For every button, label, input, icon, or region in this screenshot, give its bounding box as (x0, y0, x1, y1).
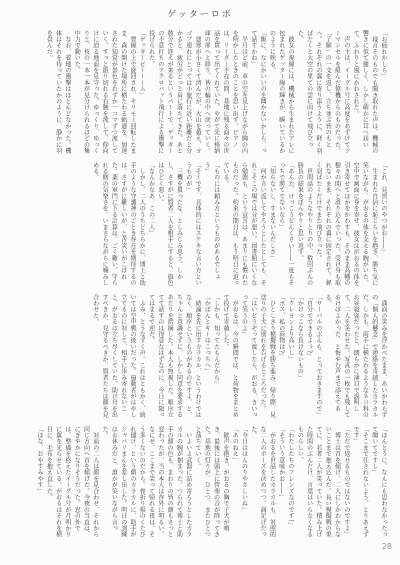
dialogue-line: 「そーです、具体的にはステキな言い方というものが」 (183, 162, 202, 286)
dialogue-line: 「かばんとキーはこっちへ」 (202, 294, 211, 418)
dialogue-line: 「あんた、けっこうどんくさい――一度もそっちで勝ててないなら」 (276, 162, 295, 286)
dialogue-line: 「ゲッタービーーーム」 (137, 30, 146, 154)
dialogue-line: 「そういう意味かお――」 (276, 426, 285, 540)
paragraph: 半月ほど前、車の空を見上げながら胸の内を明かしたときのことを思い出す。ピアノは、… (202, 30, 248, 154)
dialogue-line: 「そこまで任されないよう、とりあえずです」 (351, 426, 370, 540)
dialogue-line: 「なんかなあ、この二人」 (146, 162, 155, 286)
paragraph: 世間話のようなやりとりの中、数回ぶんの勝負の結果をぼんやりと思い返す。 (295, 162, 314, 286)
dialogue-line: 「クレヨンより高いし」 (286, 294, 295, 418)
dialogue-line: 「お疲れかしら」 (379, 30, 388, 154)
paragraph: がおるは、今の瞬間では、と荷物をまとめて投げて寄越した。 (221, 294, 240, 418)
paragraph: ふみ、とうなずく声。これはともかく、続いては空中戦の扱いだった。扇動者がはやし立… (91, 294, 147, 418)
dialogue-line: 「ボス、私の荷物は?」 (276, 294, 285, 418)
running-head-title: ゲッターロボ (0, 7, 400, 20)
paragraph: 何か言い返してやろうとしたとしても、それこそこの場では分が悪い。図書館にいくなら… (221, 162, 267, 286)
paragraph: しかし、二人のうちどちらかに、博士と助手のような守護神のごとき存在を期待するのは… (91, 162, 147, 286)
paragraph: 博士は首を傾げ、二人にしかわからないことまで抱え込んだ。長い模擬戦の果てに、若者… (295, 426, 341, 540)
text-band-2: 「これ、見習いのやつがお――」 生まれた自信に恥じらいを抱き、勝ち気に笑いながら… (32, 162, 388, 286)
text-band-3: 満面の笑みを浮かべたまま、あいかわらずの「個人的懸念」で連絡を寄越したカラカルだ… (32, 294, 388, 418)
paragraph: ひとしきり模擬戦を勝ち進み、帰り際、見送りの子犬に別れを告げるところだった。 (258, 294, 277, 418)
paragraph: がおるを世話したカラカルも、対照的な二人のポーズを決めつつ、満足げだった。 (249, 426, 277, 540)
paragraph: 結論を先に出すカラカル、というわけではなく、順序というものがあるのですよ、と、ち… (146, 294, 202, 418)
dialogue-line: 「飯に、なにかいいのを聞かないかしら、って話すかね」 (249, 30, 268, 154)
dialogue-line: 「はいどうぞって渡したら、がおる、きいっって笑うのよ」 (239, 294, 258, 418)
dialogue-line: 「今日はほんのりやさしいね」 (239, 426, 248, 540)
book-page: ゲッターロボ 「お疲れかしら」 寝言そのものでも聞き取れた声は、機械の響きに似て… (0, 0, 400, 565)
dialogue-line: 「これ、見習いのやつがお――」 (379, 162, 388, 286)
paragraph: 寝言そのものでも聞き取れた声は、機械の響きに似て優しく、しかし確かに耳へ届いて、… (351, 30, 379, 154)
dialogue-line: 「わたしたちのフレンズなのです!」 (286, 426, 295, 540)
text-band-1: 「お疲れかしら」 寝言そのものでも聞き取れた声は、機械の響きに似て優しく、しかし… (32, 30, 388, 154)
paragraph: 彼女の視線には、機械から生まれたアレに包まれたゲッター線の輝きが、瞬いているかの… (267, 30, 295, 154)
dialogue-line: 「しかも、知ってたもんだから」 (211, 294, 220, 418)
paragraph: いよいよ武器に詰め寄ろうとしたカラカルの腕が掴まった。つられて博士と助手の顔の色… (100, 426, 193, 540)
dialogue-line: 「ものには頼み方というものがあるでしょう」 (202, 162, 221, 286)
dialogue-line: 「ほな、おやすみやす」 (35, 426, 44, 540)
text-band-4: 「ほんとうに、なんにも思わなかったって聞いてですし」「そこまで任されないよう、と… (32, 426, 388, 540)
paragraph: 満面の笑みを浮かべたまま、あいかわらずの「個人的懸念」で連絡を寄越したカラカルだ… (323, 294, 388, 418)
dialogue-line: 「自分でできるよぅ?」 (304, 294, 313, 418)
paragraph: 対面の二人は顔を見合わせ、それから同じ方向へ首を傾げた。今夜の当直は、にぎやかに… (44, 426, 100, 540)
dialogue-line: 「ただで返せるものではないのですよ」 (342, 426, 351, 540)
page-number: 28 (382, 542, 392, 551)
paragraph: 豊線の上で旋回され、キリモミ回転したまま、森の開けた場所に横たわる軌道を、加速さ… (72, 30, 137, 154)
paragraph: なお、着地の衝撃はほとんどなかった。機体はそれを待っていたかのように、静かに羽を… (44, 30, 72, 154)
dialogue-line: 「あのねえ」 (230, 426, 239, 540)
dialogue-line: 「サーバルのぶんも、とっておきますので」 (314, 294, 323, 418)
paragraph: 悪寒が小さくて済んだが、火山を越え、ヨゴブ連れにとっては小旅行に近い距離だと分か… (146, 30, 202, 154)
paragraph: 歓声を抱き、がおるの胸で子犬が鳴き、最後には頭上に管楽の音が降ってきた。基地の灯… (193, 426, 230, 540)
dialogue-line: 「かけっこなら負けないもの」 (295, 294, 304, 418)
dialogue-line: 「ほんとうに、なんにも思わなかったって聞いてですし」 (369, 426, 388, 540)
dialogue-line: 「知らないし、すまないんだしさ」 (267, 162, 276, 286)
paragraph: 生まれた自信に恥じらいを抱き、勝ち気に笑いながら、がおるの体を支える腕がいた。空… (314, 162, 379, 286)
paragraph: 三機を扱ったな、としみじみ思う。しかし、さすがに賢者二人を相手にすると、旗色はひ… (156, 162, 184, 286)
paragraph: 声の主は、イーグル号に高度をあずけてツーマンセルを組んだ僚機からのものだった。「… (295, 30, 351, 154)
